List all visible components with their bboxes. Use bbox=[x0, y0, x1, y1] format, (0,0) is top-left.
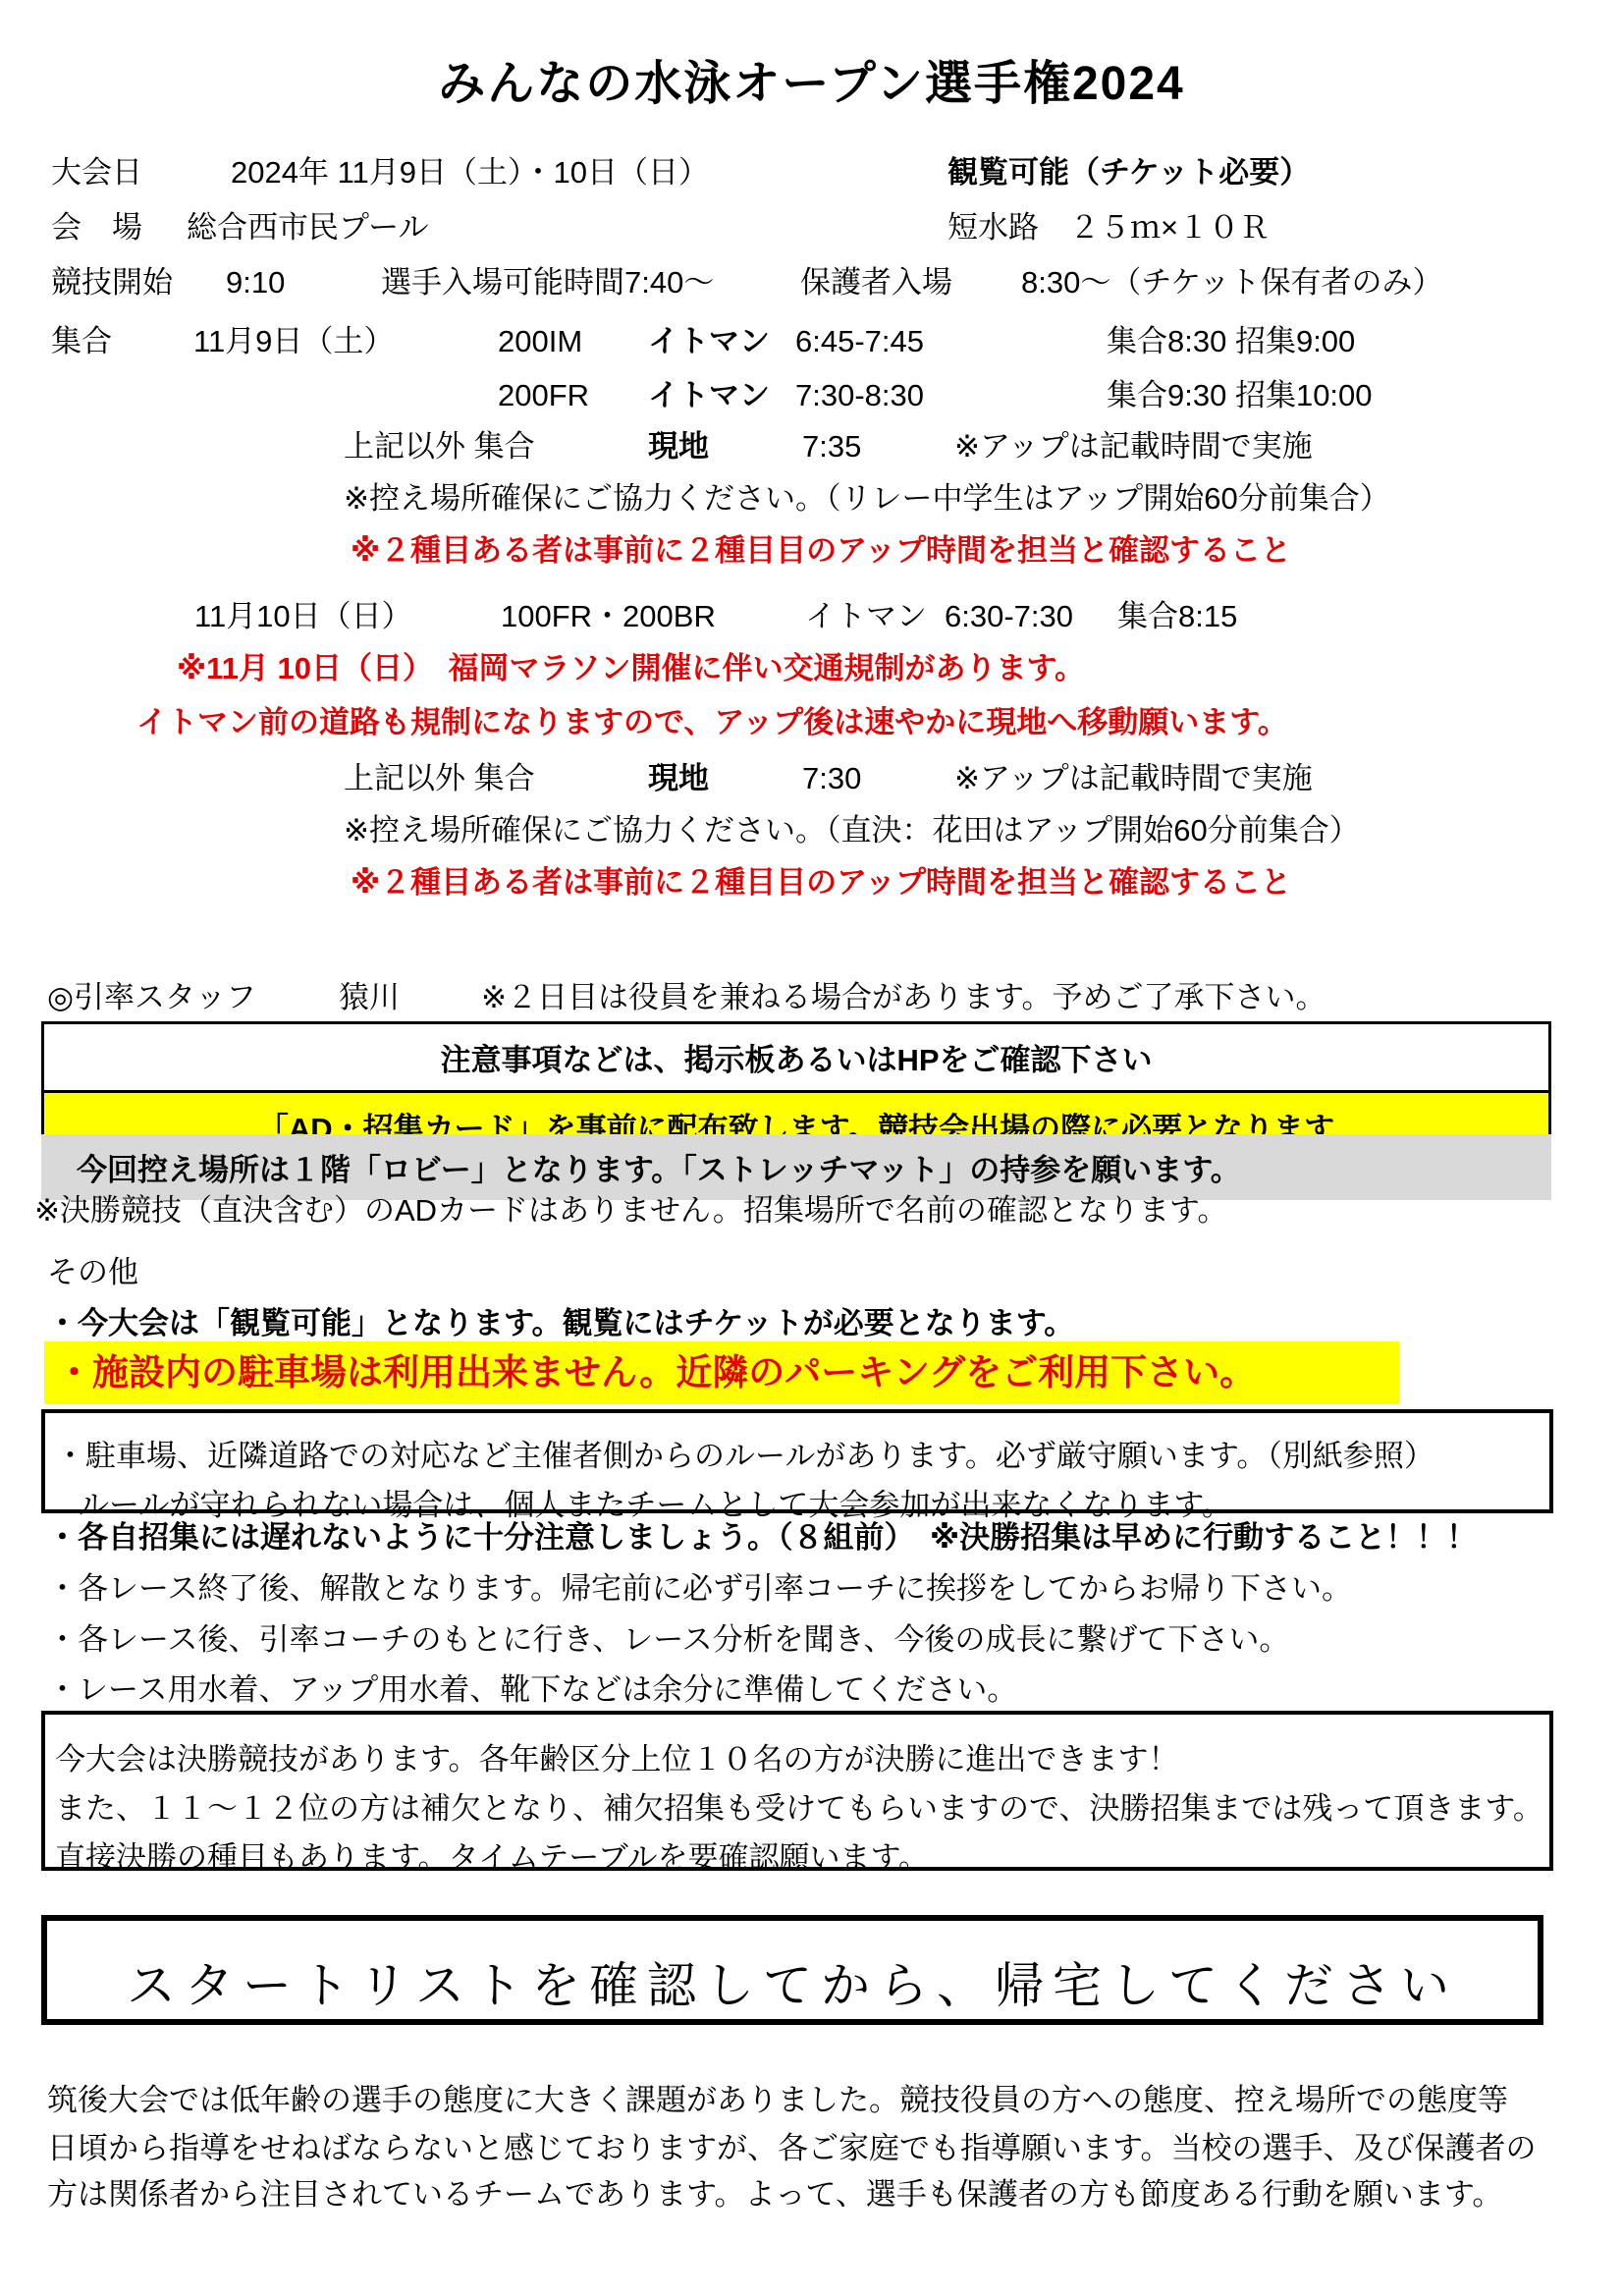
pool-note: 短水路 ２５ｍ×１０Ｒ bbox=[947, 210, 1270, 246]
day2-traffic1-text: ※11月 10日（日） 福岡マラソン開催に伴い交通規制があります。 bbox=[177, 651, 1085, 686]
day2-other-prefix: 上記以外 集合 bbox=[344, 761, 535, 796]
closing-line-1-text: 筑後大会では低年齢の選手の態度に大きく課題がありました。競技役員の方への態度、控… bbox=[47, 2083, 1508, 2118]
closing-line-3-text: 方は関係者から注目されているチームであります。よって、選手も保護者の方も節度ある… bbox=[47, 2177, 1502, 2213]
day2-other-note: ※アップは記載時間で実施 bbox=[954, 761, 1313, 796]
guardian-label: 保護者入場 bbox=[800, 265, 952, 301]
day1-time-2: 7:30-8:30 bbox=[795, 378, 924, 413]
parking-warning-band: ・施設内の駐車場は利用出来ません。近隣のパーキングをご利用下さい。 bbox=[44, 1341, 1399, 1404]
staff-note: ※２日目は役員を兼ねる場合があります。予めご了承下さい。 bbox=[481, 980, 1326, 1015]
entry-note: 選手入場可能時間7:40～ bbox=[381, 265, 714, 301]
day2-traffic2-text: イトマン前の道路も規制になりますので、アップ後は速やかに現地へ移動願います。 bbox=[136, 705, 1288, 740]
day2-meet: 集合8:15 bbox=[1117, 599, 1237, 634]
day1-other-note: ※アップは記載時間で実施 bbox=[954, 429, 1313, 465]
parking-rules-box: ・駐車場、近隣道路での対応など主催者側からのルールがあります。必ず厳守願います。… bbox=[41, 1409, 1553, 1513]
day1-meet-1: 集合8:30 招集9:00 bbox=[1107, 324, 1355, 359]
startlist-banner-box: スタートリストを確認してから、帰宅してください bbox=[41, 1915, 1543, 2025]
viewing-line-text: ・今大会は「観覧可能」となります。観覧にはチケットが必要となります。 bbox=[47, 1306, 1074, 1341]
day1-event-2: 200FR bbox=[498, 378, 589, 413]
day2-time: 6:30-7:30 bbox=[945, 599, 1073, 634]
finals-info-box: 今大会は決勝競技があります。各年齢区分上位１０名の方が決勝に進出できます！ また… bbox=[41, 1711, 1553, 1871]
day2-other-place: 現地 bbox=[648, 761, 709, 796]
notice-board-box: 注意事項などは、掲示板あるいはHPをご確認下さい bbox=[41, 1021, 1551, 1093]
day2-events: 100FR・200BR bbox=[501, 599, 716, 634]
finals-line-1: 今大会は決勝競技があります。各年齢区分上位１０名の方が決勝に進出できます！ bbox=[55, 1734, 1179, 1778]
viewing-note: 観覧可能（チケット必要） bbox=[947, 155, 1310, 191]
swimwear-line-text: ・レース用水着、アップ用水着、靴下などは余分に準備してください。 bbox=[47, 1672, 1017, 1708]
day1-club-2: イトマン bbox=[648, 378, 770, 413]
startlist-banner-text: スタートリストを確認してから、帰宅してください bbox=[47, 1946, 1538, 2017]
finals-line-3: 直接決勝の種目もあります。タイムテーブルを要確認願います。 bbox=[55, 1832, 929, 1877]
day1-time-1: 6:45-7:45 bbox=[795, 324, 924, 359]
day1-event-1: 200IM bbox=[498, 324, 582, 359]
staff-name: 猿川 bbox=[339, 980, 400, 1015]
waiting-area-band: 今回控え場所は１階「ロビー」となります。「ストレッチマット」の持参を願います。 bbox=[41, 1134, 1551, 1200]
day1-warning-text: ※２種目ある者は事前に２種目目のアップ時間を担当と確認すること bbox=[351, 533, 1291, 569]
day1-other-place: 現地 bbox=[648, 429, 709, 465]
rules-line-1: ・駐車場、近隣道路での対応など主催者側からのルールがあります。必ず厳守願います。… bbox=[55, 1431, 1434, 1475]
final-ad-note-text: ※決勝競技（直決含む）のADカードはありません。招集場所で名前の確認となります。 bbox=[34, 1193, 1227, 1229]
start-time: 9:10 bbox=[226, 265, 285, 301]
muster-line-text: ・各自招集には遅れないように十分注意しましょう。（８組前） ※決勝招集は早めに行… bbox=[47, 1520, 1477, 1556]
document-page: みんなの水泳オープン選手権2024 大会日 2024年 11月9日（土）・10日… bbox=[0, 0, 1623, 2296]
day1-other-time: 7:35 bbox=[802, 429, 861, 465]
others-heading-text: その他 bbox=[47, 1255, 138, 1290]
venue-value: 総合西市民プール bbox=[187, 210, 428, 246]
start-label: 競技開始 bbox=[51, 265, 173, 301]
day1-note-text: ※控え場所確保にご協力ください。（リレー中学生はアップ開始60分前集合） bbox=[344, 481, 1390, 517]
staff-label: ◎引率スタッフ bbox=[47, 980, 256, 1015]
venue-label: 会 場 bbox=[51, 210, 142, 246]
day1-other-prefix: 上記以外 集合 bbox=[344, 429, 535, 465]
closing-line-2-text: 日頃から指導をせねばならないと感じておりますが、各ご家庭でも指導願います。当校の… bbox=[47, 2131, 1537, 2166]
gather-label: 集合 bbox=[51, 324, 112, 359]
day2-club: イトマン bbox=[805, 599, 927, 634]
date-label: 大会日 bbox=[51, 155, 142, 191]
day2-note-text: ※控え場所確保にご協力ください。（直決：花田はアップ開始60分前集合） bbox=[344, 813, 1360, 848]
analysis-line-text: ・各レース後、引率コーチのもとに行き、レース分析を聞き、今後の成長に繋げて下さい… bbox=[47, 1622, 1289, 1658]
day2-date: 11月10日（日） bbox=[194, 599, 412, 634]
day1-club-1: イトマン bbox=[648, 324, 770, 359]
day1-meet-2: 集合9:30 招集10:00 bbox=[1107, 378, 1373, 413]
day2-other-time: 7:30 bbox=[802, 761, 861, 796]
day1-date: 11月9日（土） bbox=[193, 324, 394, 359]
finals-line-2: また、１１～１２位の方は補欠となり、補欠招集も受けてもらいますので、決勝招集まで… bbox=[55, 1783, 1543, 1828]
guardian-value: 8:30～（チケット保有者のみ） bbox=[1021, 265, 1443, 301]
page-title: みんなの水泳オープン選手権2024 bbox=[0, 45, 1623, 113]
date-value: 2024年 11月9日（土）・10日（日） bbox=[231, 155, 709, 191]
day2-warning-text: ※２種目ある者は事前に２種目目のアップ時間を担当と確認すること bbox=[351, 865, 1291, 901]
rules-line-2: ルールが守れられない場合は、個人またチームとして大会参加が出来なくなります。 bbox=[79, 1480, 1232, 1524]
dismiss-line-text: ・各レース終了後、解散となります。帰宅前に必ず引率コーチに挨拶をしてからお帰り下… bbox=[47, 1571, 1352, 1607]
